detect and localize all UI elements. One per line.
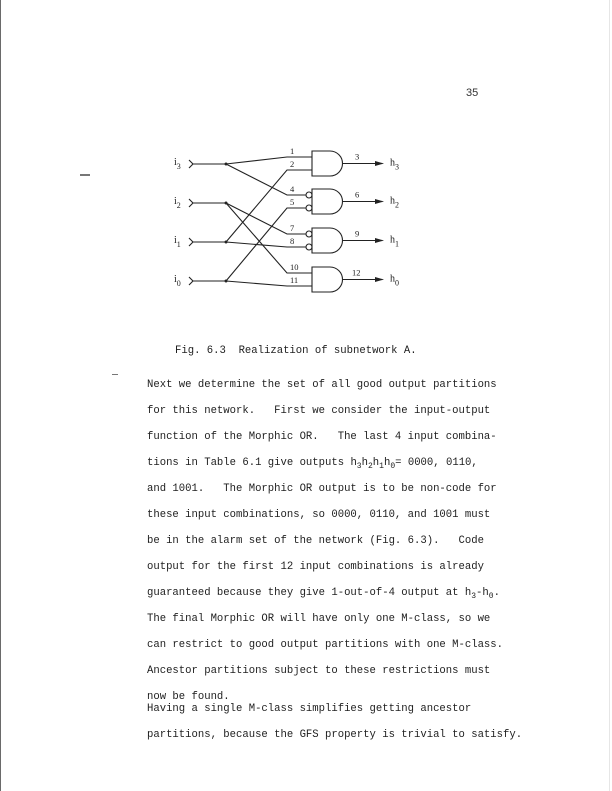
input-label-i3: i3 [174, 157, 181, 171]
wire-label: 8 [290, 236, 294, 246]
gate-input-wire [226, 157, 312, 164]
input-terminal-icon [189, 160, 193, 168]
inversion-bubble-icon [306, 205, 312, 211]
input-terminal-icon [189, 199, 193, 207]
text-line: be in the alarm set of the network (Fig.… [147, 528, 527, 554]
output-label-h1: h1 [390, 235, 399, 249]
inversion-bubble-icon [306, 192, 312, 198]
text-line: Having a single M-class simplifies getti… [147, 696, 527, 722]
text-line: partitions, because the GFS property is … [147, 722, 527, 748]
text-line: and 1001. The Morphic OR output is to be… [147, 476, 527, 502]
figure-caption: Fig. 6.3 Realization of subnetwork A. [175, 345, 417, 357]
output-label-h0: h0 [390, 274, 399, 288]
and-gate [312, 267, 343, 292]
scan-artifact [112, 374, 118, 375]
text-line: can restrict to good output partitions w… [147, 632, 527, 658]
gate-input-wire [226, 170, 312, 242]
logic-circuit-diagram: i3i2i1i0123h3456h2789h1101112h0 [0, 0, 612, 340]
paragraph-2: Having a single M-class simplifies getti… [147, 696, 527, 748]
output-wire-label: 12 [352, 268, 361, 278]
arrow-head-icon [375, 161, 384, 166]
wire-label: 11 [290, 275, 298, 285]
and-gate-inverted-inputs [312, 189, 342, 214]
input-terminal-icon [189, 238, 193, 246]
output-label-h3: h3 [390, 158, 399, 172]
text-line: tions in Table 6.1 give outputs h3h2h1h0… [147, 450, 527, 476]
and-gate [312, 151, 343, 176]
input-label-i0: i0 [174, 274, 181, 288]
and-gate-inverted-inputs [312, 228, 343, 253]
text-line: guaranteed because they give 1-out-of-4 … [147, 580, 527, 606]
arrow-head-icon [375, 238, 384, 243]
text-line: The final Morphic OR will have only one … [147, 606, 527, 632]
inversion-bubble-icon [306, 231, 312, 237]
arrow-head-icon [375, 199, 384, 204]
text-line: these input combinations, so 0000, 0110,… [147, 502, 527, 528]
wire-label: 5 [290, 197, 294, 207]
text-line: for this network. First we consider the … [147, 398, 527, 424]
text-line: function of the Morphic OR. The last 4 i… [147, 424, 527, 450]
inversion-bubble-icon [306, 244, 312, 250]
arrow-head-icon [375, 277, 384, 282]
wire-label: 7 [290, 223, 294, 233]
text-line: Next we determine the set of all good ou… [147, 372, 527, 398]
paragraph-1: Next we determine the set of all good ou… [147, 372, 527, 710]
output-wire-label: 3 [355, 152, 359, 162]
output-label-h2: h2 [390, 196, 399, 210]
wire-label: 4 [290, 184, 295, 194]
input-label-i1: i1 [174, 235, 181, 249]
gate-input-wire [226, 281, 312, 286]
wire-label: 1 [290, 146, 294, 156]
output-wire-label: 6 [355, 190, 359, 200]
output-wire-label: 9 [355, 229, 359, 239]
input-label-i2: i2 [174, 196, 181, 210]
wire-label: 2 [290, 159, 294, 169]
input-terminal-icon [189, 277, 193, 285]
text-line: Ancestor partitions subject to these res… [147, 658, 527, 684]
wire-label: 10 [290, 262, 299, 272]
text-line: output for the first 12 input combinatio… [147, 554, 527, 580]
gate-input-wire [226, 203, 312, 273]
